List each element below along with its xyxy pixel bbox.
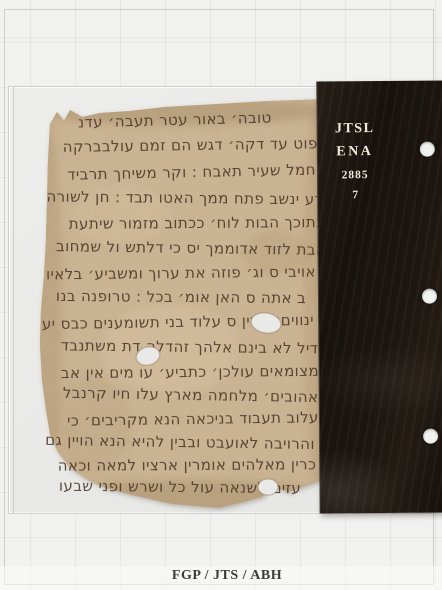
shelfmark-library: JTSL: [326, 121, 384, 137]
manuscript-line: הבת לזוד אדוממך יס כי דלתש ול שמחוב: [56, 237, 326, 259]
archive-spine: JTSL ENA 2885 7: [316, 80, 442, 513]
shelfmark-collection: ENA: [326, 144, 384, 160]
manuscript-fragment: טובה׳ באור עטר תעבה׳ עדנ נשפוט עד דקה׳ ד…: [30, 95, 332, 515]
punch-hole: [420, 142, 435, 157]
manuscript-line: מצומאים עולכן׳ כתביע׳ עו מים אין אב: [61, 362, 319, 382]
manuscript-line: עלוב תעבוד בניכאה הנא מקריבים׳ כי: [67, 408, 319, 430]
manuscript-line: בתוכך הבות לוח׳ ככתוב מזמור שיתעת: [69, 213, 326, 233]
manuscript-line: נשפוט עד דקה׳ דגש הם זמם עולבברקה: [63, 134, 332, 156]
manuscript-line: אויבי ס וג׳ פוזה את ערוך ומשביע׳ בלאיו: [46, 263, 316, 284]
manuscript-line: ב אתה ס האן אומ׳ בכל : טרופנה בנו: [56, 287, 306, 307]
manuscript-line: הרע ינשב פתח ממך האטו תבד : חן לשורה: [46, 187, 332, 208]
manuscript-line: בדיל לא בינם אלהך זהדלה דת משתנבד: [61, 336, 328, 357]
damage-hole: [258, 479, 278, 495]
shelfmark-item: 7: [326, 189, 384, 201]
manuscript-text: טובה׳ באור עטר תעבה׳ עדנ נשפוט עד דקה׳ ד…: [42, 108, 332, 497]
manuscript-line: כרין מאלהים אומרין ארציו למאה וכאה: [58, 455, 317, 474]
shelfmark-number: 2885: [326, 169, 384, 181]
punch-hole: [422, 289, 437, 304]
credit-caption: FGP / JTS / ABH: [12, 568, 442, 584]
punch-hole: [423, 429, 438, 444]
shelfmark-label: JTSL ENA 2885 7: [326, 121, 385, 201]
